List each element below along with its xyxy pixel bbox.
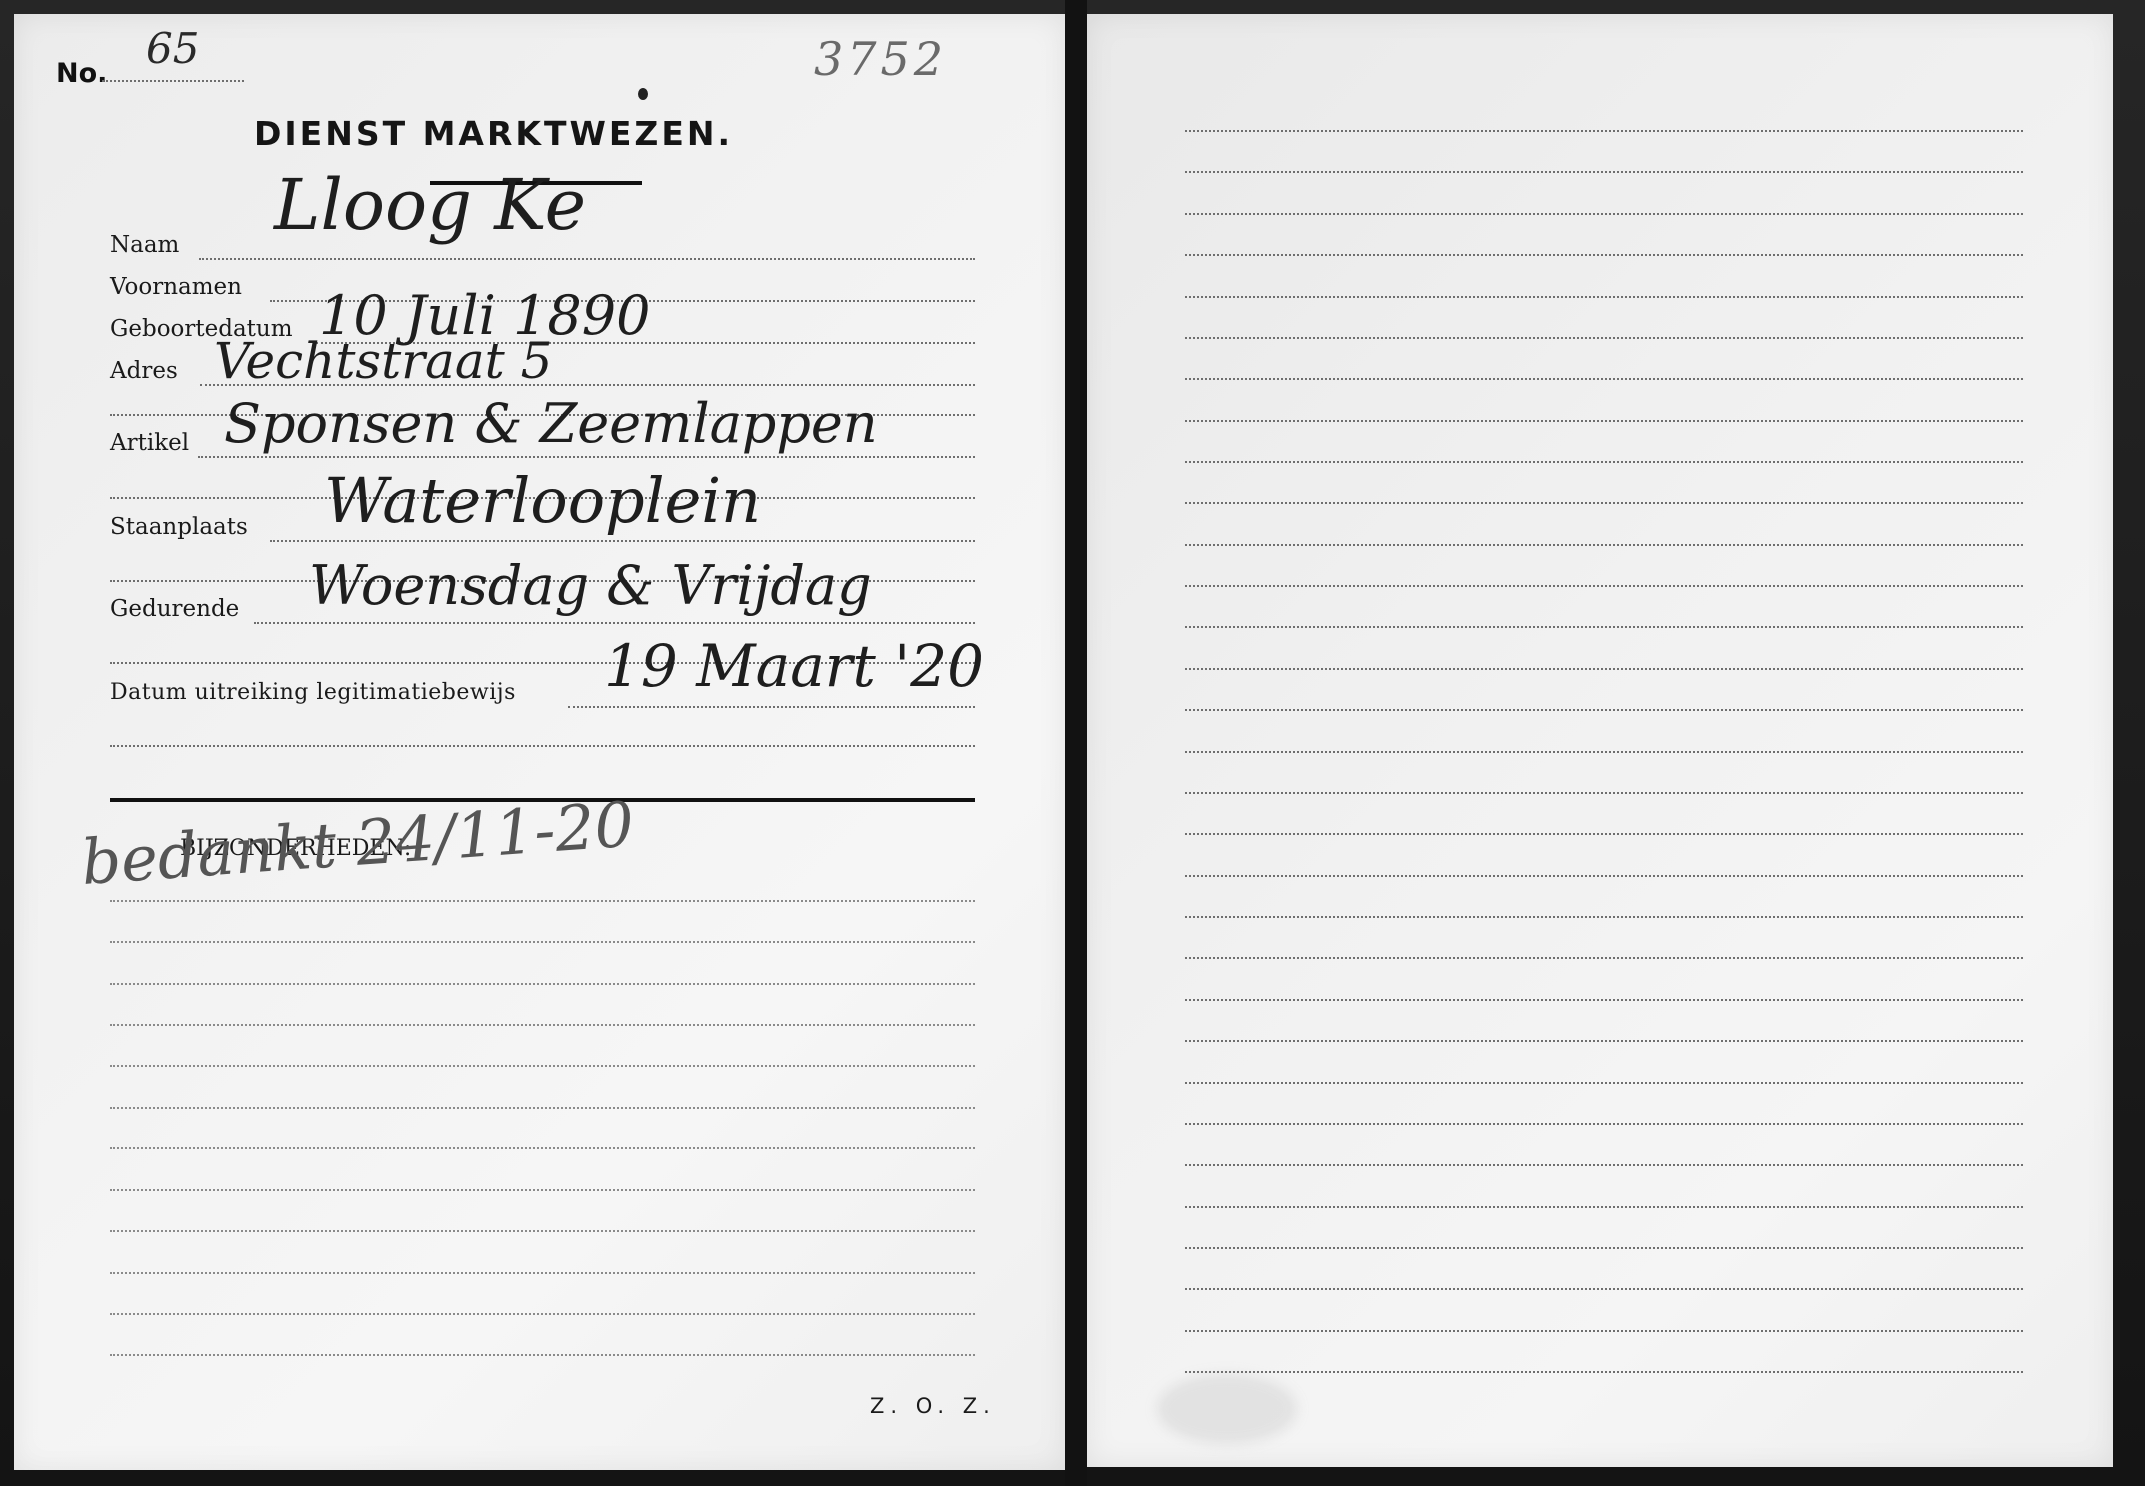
label-artikel: Artikel: [110, 430, 189, 456]
line-datum-uitreiking: [568, 706, 975, 708]
punch-dot: [638, 88, 648, 100]
index-card-back: [1087, 14, 2113, 1467]
ruled-line: [1185, 171, 2023, 173]
label-naam: Naam: [110, 232, 179, 258]
ruled-line: [1185, 585, 2023, 587]
ruled-line: [1185, 1371, 2023, 1373]
card-title: DIENST MARKTWEZEN.: [254, 114, 733, 153]
ruled-line: [1185, 544, 2023, 546]
ruled-line: [1185, 1040, 2023, 1042]
remarks-line: [110, 1230, 975, 1232]
remarks-line: [110, 1065, 975, 1067]
remarks-line: [110, 1147, 975, 1149]
card-gap: [1065, 0, 1087, 1486]
ruled-line: [1185, 875, 2023, 877]
remarks-line: [110, 983, 975, 985]
ruled-line: [1185, 420, 2023, 422]
ruled-line: [1185, 916, 2023, 918]
ruled-line: [1185, 461, 2023, 463]
ruled-line: [1185, 254, 2023, 256]
value-datum-uitreiking: 19 Maart '20: [604, 632, 984, 700]
line-naam: [199, 258, 975, 260]
line-artikel: [198, 456, 975, 458]
ruled-line: [1185, 1247, 2023, 1249]
ruled-line: [1185, 999, 2023, 1001]
remarks-line: [110, 1313, 975, 1315]
ruled-line: [1185, 378, 2023, 380]
ruled-line: [1185, 751, 2023, 753]
remarks-line: [110, 1272, 975, 1274]
index-card-front: No. 65 3752 DIENST MARKTWEZEN. Naam Lloo…: [14, 14, 1065, 1470]
remarks-line: [110, 1354, 975, 1356]
ruled-line: [1185, 296, 2023, 298]
remarks-line: [110, 1024, 975, 1026]
ruled-line: [1185, 1288, 2023, 1290]
ruled-line: [1185, 957, 2023, 959]
ruled-line: [1185, 709, 2023, 711]
value-staanplaats: Waterlooplein: [324, 464, 761, 537]
value-artikel: Sponsen & Zeemlappen: [224, 392, 878, 455]
number-handwritten: 65: [146, 24, 199, 73]
paper-stain: [1157, 1374, 1297, 1444]
ruled-line: [1185, 337, 2023, 339]
remarks-line: [110, 941, 975, 943]
ruled-line: [1185, 1330, 2023, 1332]
label-voornamen: Voornamen: [110, 274, 242, 300]
ruled-line: [1185, 1164, 2023, 1166]
line-gedurende: [254, 622, 975, 624]
value-adres: Vechtstraat 5: [214, 332, 552, 390]
number-label: No.: [56, 58, 107, 89]
ruled-line: [1185, 1082, 2023, 1084]
value-gedurende: Woensdag & Vrijdag: [309, 554, 872, 617]
footer-zoz: Z. O. Z.: [870, 1394, 996, 1418]
ruled-line: [1185, 130, 2023, 132]
line-blank-5: [110, 745, 975, 747]
label-adres: Adres: [110, 358, 178, 384]
ruled-line: [1185, 1206, 2023, 1208]
ruled-line: [1185, 213, 2023, 215]
ruled-line: [1185, 792, 2023, 794]
value-bijzonderheden: bedankt 24/11-20: [79, 788, 636, 899]
label-gedurende: Gedurende: [110, 596, 239, 622]
remarks-line: [110, 900, 975, 902]
remarks-line: [110, 1107, 975, 1109]
label-datum-uitreiking: Datum uitreiking legitimatiebewijs: [110, 680, 516, 705]
archive-number: 3752: [814, 32, 947, 86]
ruled-line: [1185, 502, 2023, 504]
value-naam: Lloog Ke: [274, 164, 586, 246]
remarks-line: [110, 1189, 975, 1191]
line-staanplaats: [270, 540, 975, 542]
ruled-line: [1185, 626, 2023, 628]
ruled-line: [1185, 668, 2023, 670]
ruled-line: [1185, 1123, 2023, 1125]
ruled-line: [1185, 833, 2023, 835]
label-staanplaats: Staanplaats: [110, 514, 248, 540]
number-line: [102, 80, 244, 82]
